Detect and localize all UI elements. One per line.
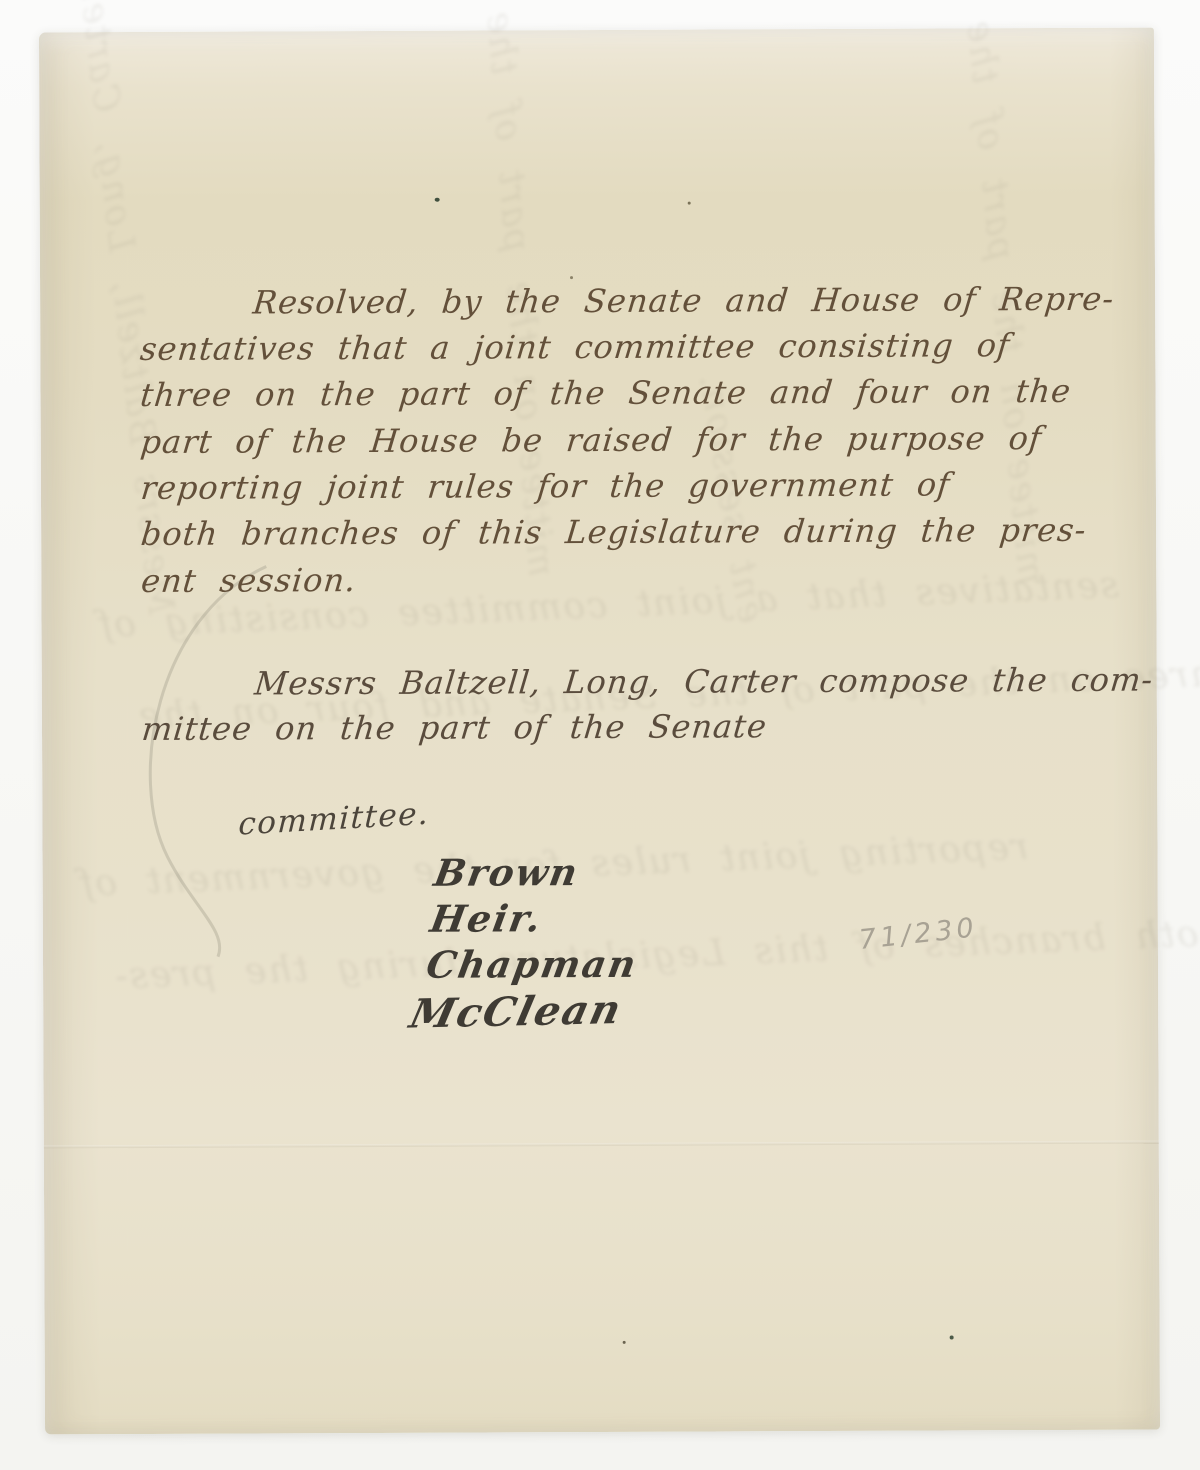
- paper-speck: [623, 1341, 626, 1344]
- committee-note-line: mittee on the part of the Senate: [140, 707, 769, 748]
- signature-chapman: Chapman: [423, 942, 641, 987]
- paper-speck: [570, 276, 573, 279]
- scan-background: sentatives that a joint committee consis…: [0, 0, 1200, 1470]
- signature-heir: Heir.: [427, 896, 546, 941]
- signature-brown: Brown: [431, 850, 583, 895]
- body-line: ent session.: [139, 561, 358, 600]
- committee-label: committee.: [238, 796, 431, 843]
- pencil-stroke-loop: [96, 556, 318, 977]
- body-line: part of the House be raised for the purp…: [139, 419, 1044, 461]
- document-paper: sentatives that a joint committee consis…: [39, 28, 1160, 1435]
- pencil-annotation: 71/230: [858, 912, 980, 956]
- paper-speck: [435, 198, 440, 202]
- signature-mcclean: McClean: [405, 986, 627, 1038]
- paper-speck: [688, 202, 691, 205]
- paper-fold-line: [44, 1141, 1159, 1149]
- paper-speck: [950, 1335, 954, 1339]
- body-line: three on the part of the Senate and four…: [139, 372, 1074, 414]
- body-line: sentatives that a joint committee consis…: [138, 326, 1012, 368]
- body-line: reporting joint rules for the government…: [139, 465, 952, 507]
- body-line: both branches of this Legislature during…: [139, 511, 1088, 553]
- body-line: Resolved, by the Senate and House of Rep…: [251, 280, 1116, 322]
- committee-note-line: Messrs Baltzell, Long, Carter compose th…: [253, 661, 1155, 703]
- bleedthrough-ghost-text: both branches of this Legislature during…: [113, 913, 1200, 998]
